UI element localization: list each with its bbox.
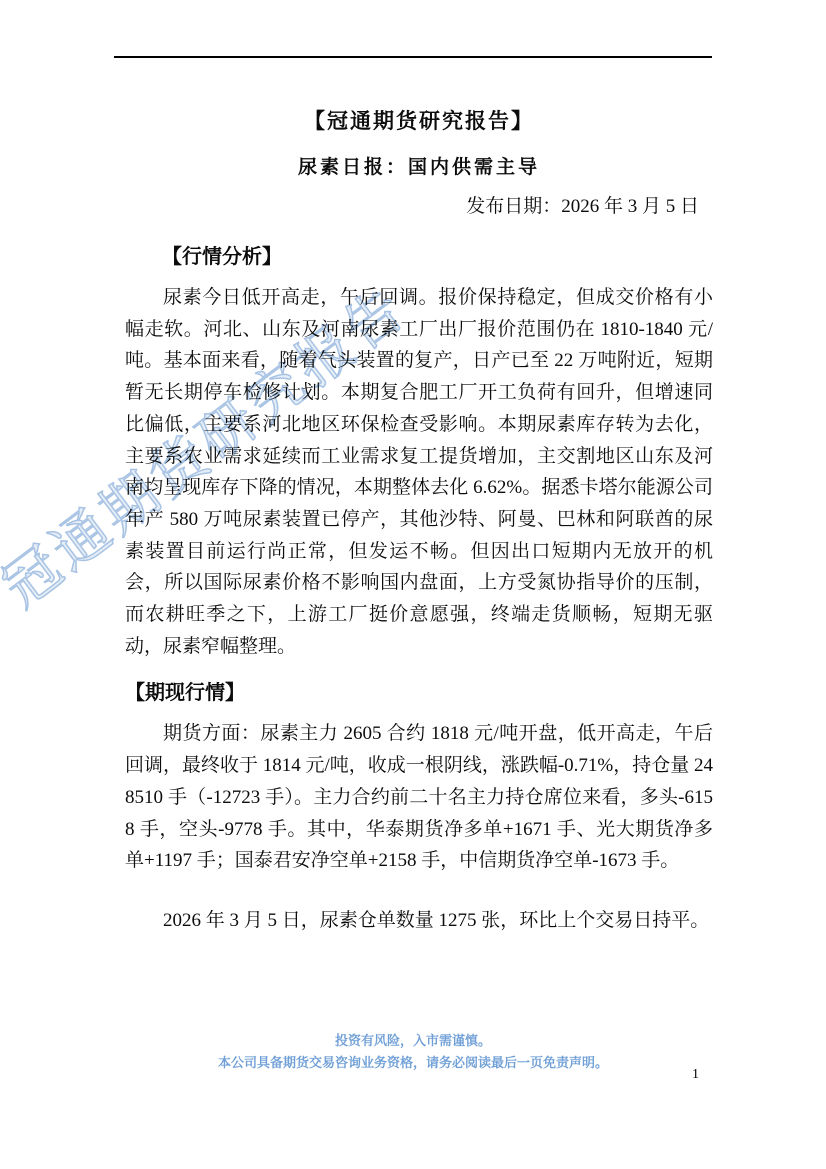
market-analysis-paragraph: 尿素今日低开高走，午后回调。报价保持稳定，但成交价格有小幅走软。河北、山东及河南… (125, 282, 713, 662)
section-heading-futures-spot: 【期现行情】 (125, 680, 713, 706)
futures-spot-paragraph-2: 2026 年 3 月 5 日，尿素仓单数量 1275 张，环比上个交易日持平。 (125, 905, 713, 937)
disclaimer-footer: 投资有风险，入市需谨慎。 本公司具备期货交易咨询业务资格，请务必阅读最后一页免责… (0, 1030, 826, 1074)
publish-date: 发布日期：2026 年 3 月 5 日 (125, 194, 713, 220)
report-subtitle: 尿素日报：国内供需主导 (125, 156, 713, 180)
report-content: 【冠通期货研究报告】 尿素日报：国内供需主导 发布日期：2026 年 3 月 5… (125, 0, 713, 937)
report-page: 冠通期货研究报告 【冠通期货研究报告】 尿素日报：国内供需主导 发布日期：202… (0, 0, 826, 1169)
section-heading-market-analysis: 【行情分析】 (125, 244, 713, 270)
futures-spot-paragraph-1: 期货方面：尿素主力 2605 合约 1818 元/吨开盘，低开高走，午后回调，最… (125, 718, 713, 877)
report-title: 【冠通期货研究报告】 (125, 108, 713, 134)
disclaimer-line-2: 本公司具备期货交易咨询业务资格，请务必阅读最后一页免责声明。 (0, 1052, 826, 1074)
page-number: 1 (692, 1066, 699, 1084)
disclaimer-line-1: 投资有风险，入市需谨慎。 (0, 1030, 826, 1052)
